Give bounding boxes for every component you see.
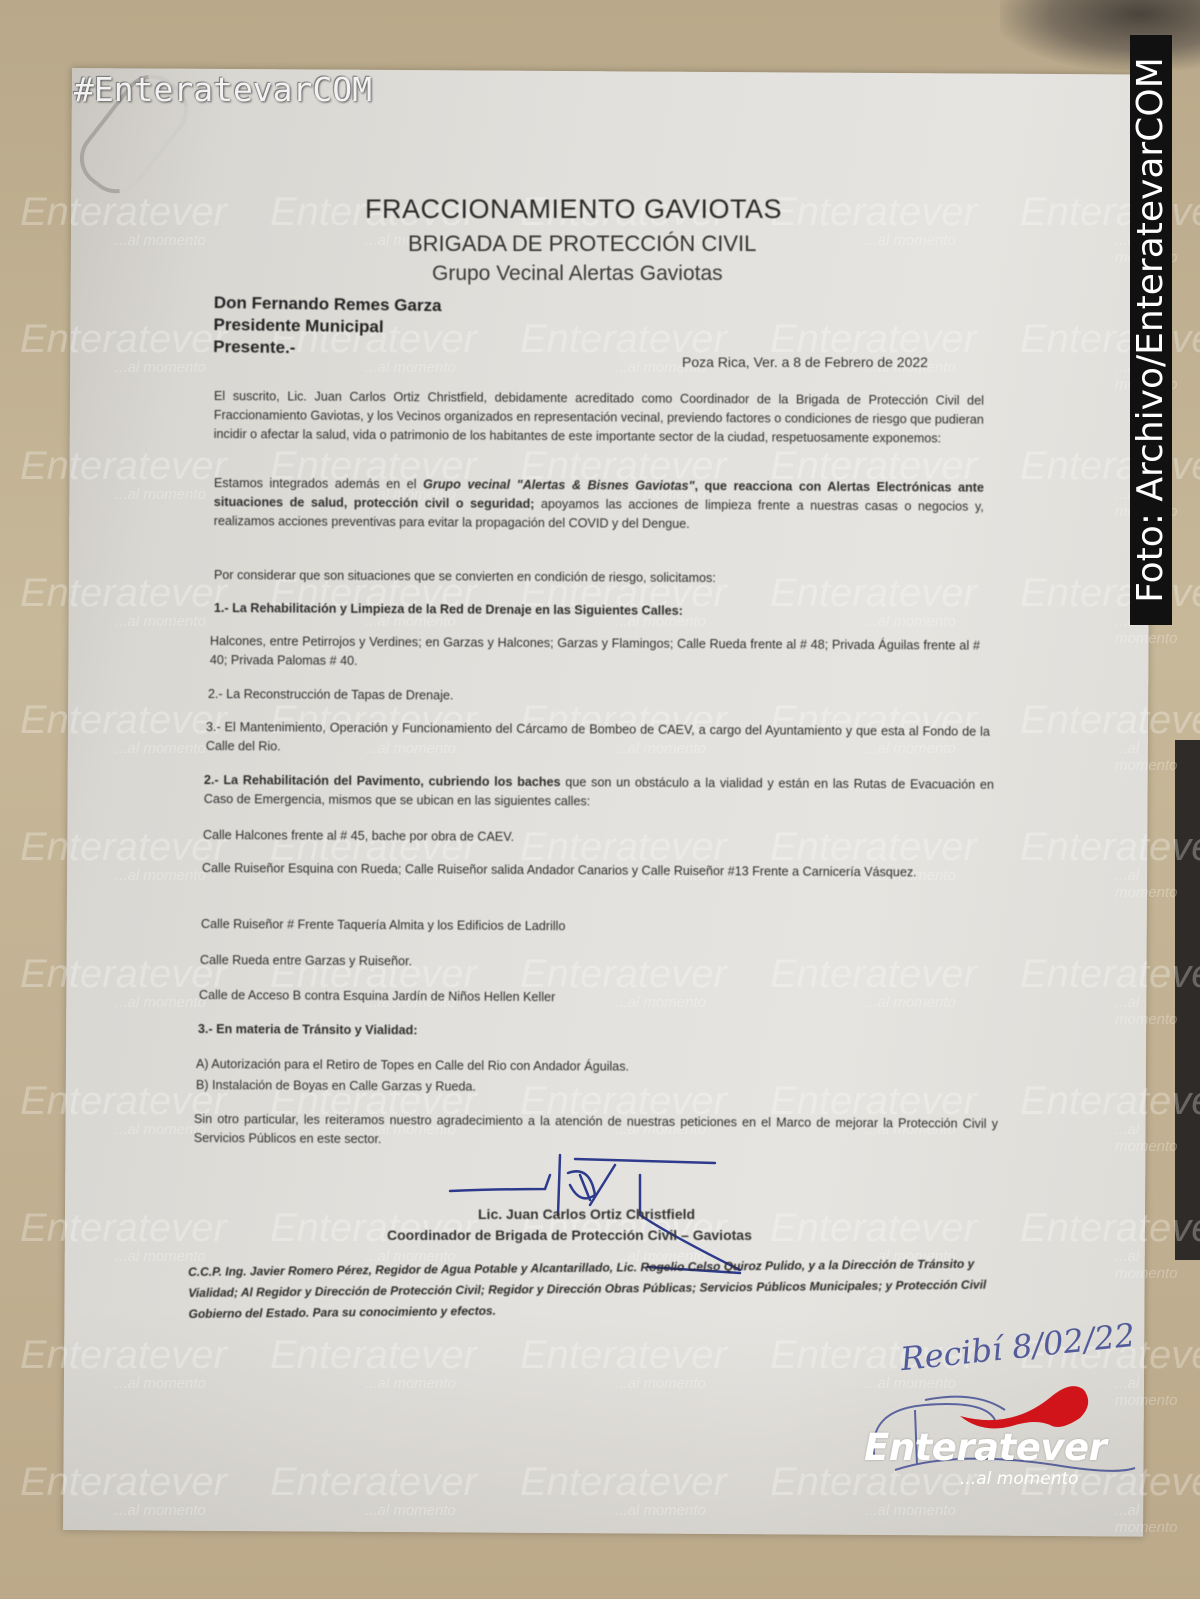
photo-credit-banner: Foto: Archivo/EnteratevarCOM <box>1130 35 1172 625</box>
logo-tagline: ...al momento <box>960 1469 1079 1489</box>
hashtag-overlay: #EnteratevarCOM <box>74 70 372 109</box>
photo-credit-text: Foto: Archivo/EnteratevarCOM <box>1130 57 1172 603</box>
recipient-name: Don Fernando Remes Garza <box>214 292 442 317</box>
logo-wordmark: Enteratever <box>864 1426 1106 1469</box>
pavement-paragraph: 2.- La Rehabilitación del Pavimento, cub… <box>204 771 994 814</box>
recipient-block: Don Fernando Remes Garza Presidente Muni… <box>213 292 442 361</box>
signer-name: Lic. Juan Carlos Ortiz Christfield <box>478 1206 695 1222</box>
letter-subheading: BRIGADA DE PROTECCIÓN CIVIL <box>408 231 756 257</box>
ccp-paragraph: C.C.P. Ing. Javier Romero Pérez, Regidor… <box>188 1253 1009 1325</box>
dark-object-edge <box>1175 740 1200 1260</box>
intro-paragraph: El suscrito, Lic. Juan Carlos Ortiz Chri… <box>214 387 984 449</box>
letter-heading: FRACCIONAMIENTO GAVIOTAS <box>365 194 782 225</box>
item1-streets: Halcones, entre Petirrojos y Verdines; e… <box>210 632 980 675</box>
signer-role: Coordinador de Brigada de Protección Civ… <box>387 1227 752 1243</box>
place-date: Poza Rica, Ver. a 8 de Febrero de 2022 <box>682 354 928 370</box>
recipient-title: Presidente Municipal <box>213 314 441 339</box>
salutation: Presente.- <box>213 336 441 361</box>
item3: 3.- El Mantenimiento, Operación y Funcio… <box>206 718 990 761</box>
group-paragraph: Estamos integrados además en el Grupo ve… <box>214 474 984 536</box>
letter-group: Grupo Vecinal Alertas Gaviotas <box>432 262 723 286</box>
